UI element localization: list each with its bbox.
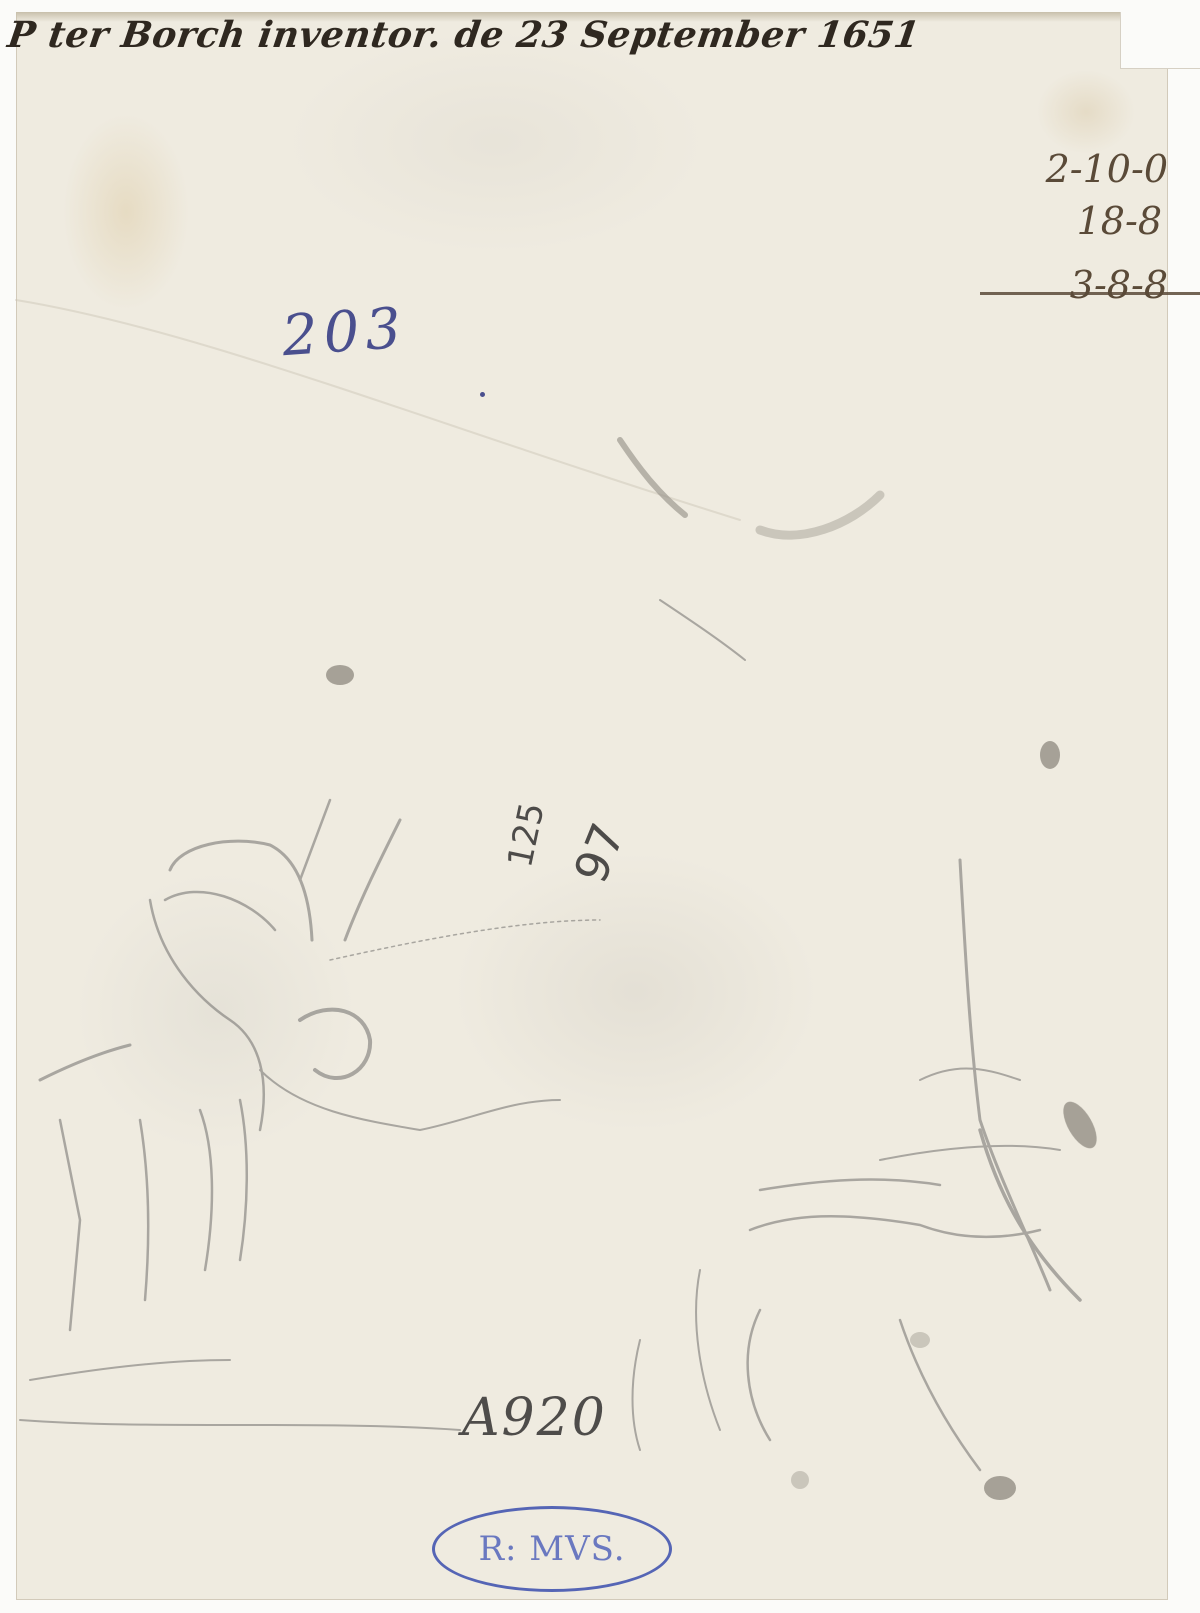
collection-stamp: R: MVS. <box>432 1506 672 1592</box>
chalk-sketch <box>0 0 1200 1613</box>
ink-calculation: 2-10-0 18-8 3-8-8 <box>1046 150 1168 304</box>
artist-inscription: P ter Borch inventor. de 23 September 16… <box>5 14 923 56</box>
stamp-text: R: MVS. <box>478 1529 625 1569</box>
blue-inventory-number: 203 <box>280 296 409 370</box>
sum-row-1: 2-10-0 <box>1046 150 1168 188</box>
sum-rule-line <box>980 292 1200 295</box>
sum-row-2: 18-8 <box>1046 202 1168 240</box>
blue-dot <box>480 392 485 397</box>
accession-number: A920 <box>462 1388 607 1448</box>
sum-total: 3-8-8 <box>1046 266 1168 304</box>
